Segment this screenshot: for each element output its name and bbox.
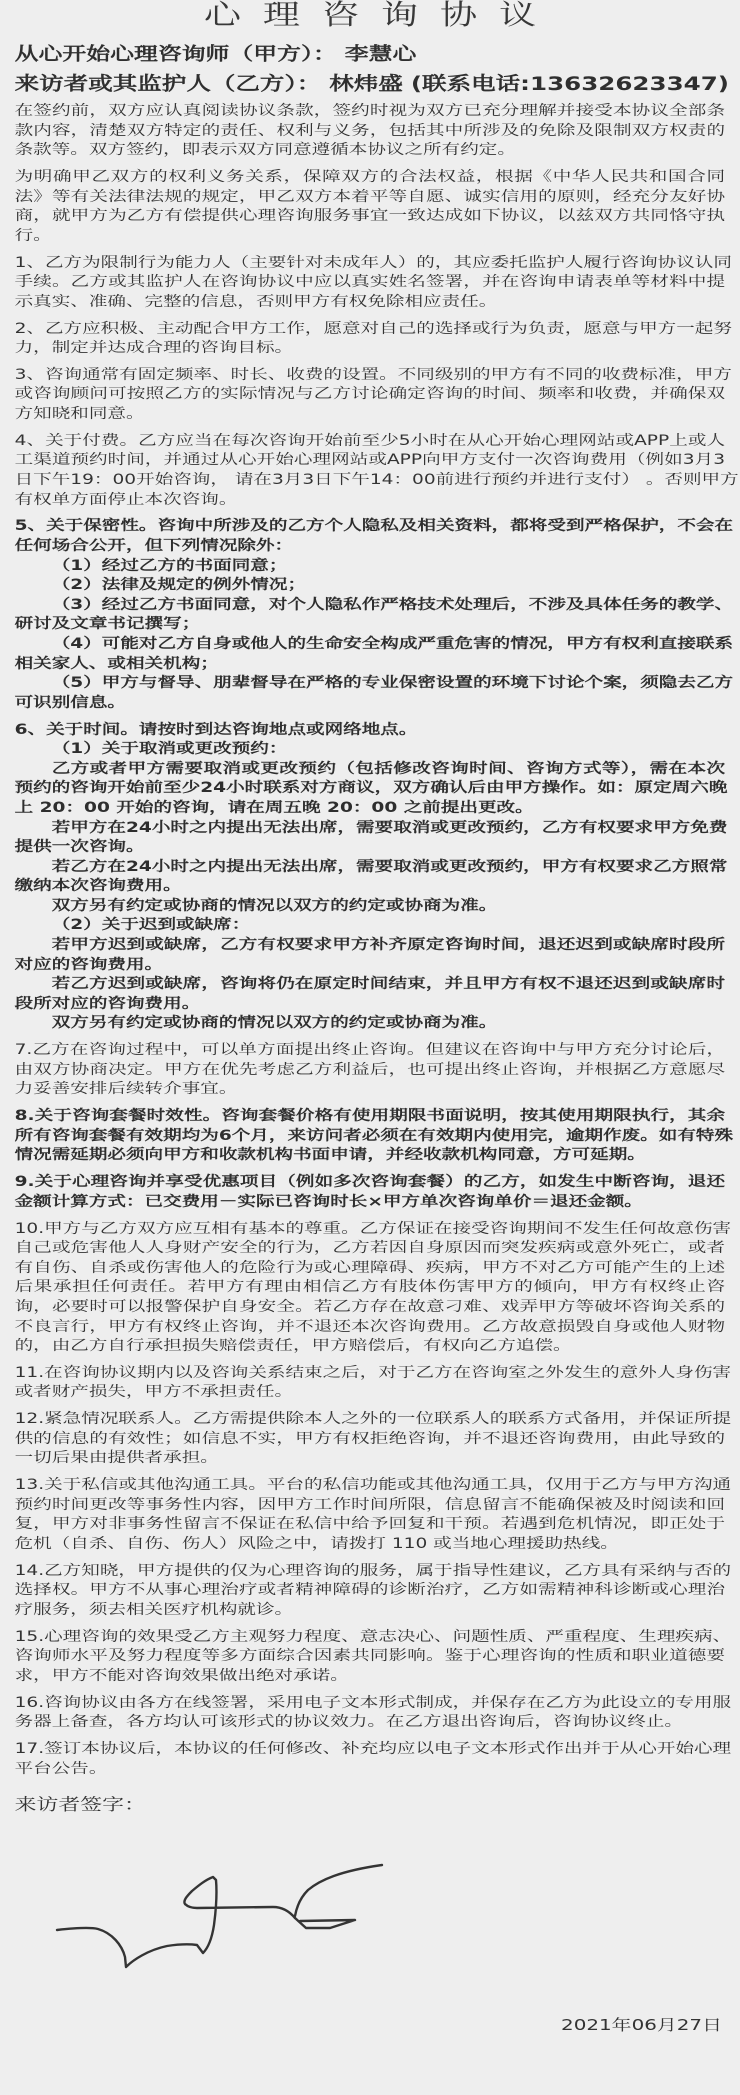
text-line: 法》等有关法律法规的规定，甲乙双方本着平等自愿、诚实信用的原则，经充分友好协 (15, 188, 725, 208)
text-line: 17.签订本协议后，本协议的任何修改、补充均应以电子文本形式作出并于从心开始心理 (15, 1740, 725, 1760)
text-line: 后果承担任何责任。若甲方有理由相信乙方有肢体伤害甲方的倾向，甲方有权终止咨 (15, 1278, 725, 1298)
clause-11: 11.在咨询协议期内以及咨询关系结束之后，对于乙方在咨询室之外发生的意外人身伤害… (15, 1364, 725, 1403)
text-line: 日下午19：00开始咨询， 请在3月3日下午14：00前进行预约并进行支付） 。… (15, 471, 725, 491)
text-line: 不良言行，甲方有权终止咨询，并不退还本次咨询费用。乙方故意损毁自身或他人财物 (15, 1318, 725, 1338)
clause-6-paragraph: 双方另有约定或协商的情况以双方的约定或协商为准。 (15, 897, 725, 917)
clause-6-paragraph: 若乙方在24小时之内提出无法出席，需要取消或更改预约，甲方有权要求乙方照常 缴纳… (15, 858, 725, 897)
text-line: 12.紧急情况联系人。乙方需提供除本人之外的一位联系人的联系方式备用，并保证所提 (15, 1410, 725, 1430)
party-b-line: 来访者或其监护人（乙方）：林炜盛(联系电话:13632623347) (0, 72, 740, 98)
clause-6-section: （2）关于迟到或缺席： 若甲方迟到或缺席，乙方有权要求甲方补齐原定咨询时间，退还… (15, 916, 725, 1034)
text-line: 有自伤、自杀或伤害他人的危险行为或心理障碍、疾病，甲方不对乙方可能产生的上述 (15, 1259, 725, 1279)
text-line: 若乙方迟到或缺席，咨询将仍在原定时间结束，并且甲方有权不退还迟到或缺席时 (15, 975, 725, 995)
text-line: 自己或危害他人人身财产安全的行为，乙方若因自身原因而突发疾病或意外死亡，或者 (15, 1239, 725, 1259)
clause-4: 4、关于付费。乙方应当在每次咨询开始前至少5小时在从心开始心理网站或APP上或人… (15, 432, 725, 510)
clause-6-paragraph: 若甲方迟到或缺席，乙方有权要求甲方补齐原定咨询时间，退还迟到或缺席时段所 对应的… (15, 936, 725, 975)
text-line: 方知晓和同意。 (15, 405, 725, 425)
text-line: 手续。乙方或其监护人在咨询协议中应以真实姓名签署，并在咨询申请表单等材料中提 (15, 273, 725, 293)
text-line: 乙方或者甲方需要取消或更改预约（包括修改咨询时间、咨询方式等），需在本次 (15, 760, 725, 780)
text-line: 对应的咨询费用。 (15, 956, 725, 976)
clause-5-item: （2）法律及规定的例外情况； (15, 576, 725, 596)
text-line: 选择权。甲方不从事心理治疗或者精神障碍的诊断治疗，乙方如需精神科诊断或心理治 (15, 1581, 725, 1601)
text-line: 11.在咨询协议期内以及咨询关系结束之后，对于乙方在咨询室之外发生的意外人身伤害 (15, 1364, 725, 1384)
clause-12: 12.紧急情况联系人。乙方需提供除本人之外的一位联系人的联系方式备用，并保证所提… (15, 1410, 725, 1469)
clause-16: 16.咨询协议由各方在线签署，采用电子文本形式制成，并保存在乙方为此设立的专用服… (15, 1694, 725, 1733)
text-line: 情况需延期必须向甲方和收款机构书面申请，并经收款机构同意，方可延期。 (15, 1146, 725, 1166)
agreement-document: 心理咨询协议 从心开始心理咨询师（甲方）：李慧心 来访者或其监护人（乙方）：林炜… (0, 0, 740, 2095)
text-line: 或者财产损失，甲方不承担责任。 (15, 1383, 725, 1403)
text-line: （3）经过乙方书面同意，对个人隐私作严格技术处理后，不涉及具体任务的教学、 (15, 596, 725, 616)
text-line: 缴纳本次咨询费用。 (15, 877, 725, 897)
text-line: 示真实、准确、完整的信息，否则甲方有权免除相应责任。 (15, 293, 725, 313)
text-line: 若乙方在24小时之内提出无法出席，需要取消或更改预约，甲方有权要求乙方照常 (15, 858, 725, 878)
text-line: 提供一次咨询。 (15, 838, 725, 858)
text-line: 由双方协商决定。甲方在优先考虑乙方利益后，也可提出终止咨询，并根据乙方意愿尽 (15, 1061, 725, 1081)
preamble-paragraph: 为明确甲乙双方的权利义务关系，保障双方的合法权益，根据《中华人民共和国合同 法》… (15, 168, 725, 246)
text-line: 13.关于私信或其他沟通工具。平台的私信功能或其他沟通工具，仅用于乙方与甲方沟通 (15, 1476, 725, 1496)
text-line: 危机（自杀、自伤、伤人）风险之中，请拨打 110 或当地心理援助热线。 (15, 1535, 725, 1555)
text-line: 一切后果由提供者承担。 (15, 1449, 725, 1469)
text-line: 询，必要时可以报警保护自身安全。若乙方存在故意刁难、戏弄甲方等破坏咨询关系的 (15, 1298, 725, 1318)
text-line: 14.乙方知晓，甲方提供的仅为心理咨询的服务，属于指导性建议，乙方具有采纳与否的 (15, 1562, 725, 1582)
text-line: 预约时间更改等事务性内容，因甲方工作时间所限，信息留言不能确保被及时阅读和回 (15, 1496, 725, 1516)
text-line: 在签约前，双方应认真阅读协议条款，签约时视为双方已充分理解并接受本协议全部条 (15, 102, 725, 122)
document-title: 心理咨询协议 (0, 0, 740, 30)
text-line: 15.心理咨询的效果受乙方主观努力程度、意志决心、问题性质、严重程度、生理疾病、 (15, 1628, 725, 1648)
text-line: 预约的咨询开始前至少24小时联系对方商议，双方确认后由甲方操作。如：原定周六晚 (15, 779, 725, 799)
text-line: 4、关于付费。乙方应当在每次咨询开始前至少5小时在从心开始心理网站或APP上或人 (15, 432, 725, 452)
text-line: 求，甲方不能对咨询效果做出绝对承诺。 (15, 1667, 725, 1687)
text-line: （4）可能对乙方自身或他人的生命安全构成严重危害的情况，甲方有权利直接联系 (15, 635, 725, 655)
text-line: （5）甲方与督导、朋辈督导在严格的专业保密设置的环境下讨论个案，须隐去乙方 (15, 674, 725, 694)
clause-14: 14.乙方知晓，甲方提供的仅为心理咨询的服务，属于指导性建议，乙方具有采纳与否的… (15, 1562, 725, 1621)
party-b-label: 来访者或其监护人（乙方）： (15, 74, 322, 95)
text-line: 上 20：00 开始的咨询，请在周五晚 20：00 之前提出更改。 (15, 799, 725, 819)
text-line: 若甲方在24小时之内提出无法出席，需要取消或更改预约，乙方有权要求甲方免费 (15, 819, 725, 839)
text-line: 条款等。双方签约，即表示双方同意遵循本协议之所有约定。 (15, 141, 725, 161)
text-line: 力，制定并达成合理的咨询目标。 (15, 339, 725, 359)
preamble-paragraph: 在签约前，双方应认真阅读协议条款，签约时视为双方已充分理解并接受本协议全部条 款… (15, 102, 725, 161)
text-line: 2、乙方应积极、主动配合甲方工作，愿意对自己的选择或行为负责，愿意与甲方一起努 (15, 320, 725, 340)
text-line: 6、关于时间。请按时到达咨询地点或网络地点。 (15, 721, 725, 741)
clause-6: 6、关于时间。请按时到达咨询地点或网络地点。 （1）关于取消或更改预约： 乙方或… (15, 721, 725, 1035)
text-line: 金额计算方式：已交费用－实际已咨询时长×甲方单次咨询单价＝退还金额。 (15, 1193, 725, 1213)
clause-2: 2、乙方应积极、主动配合甲方工作，愿意对自己的选择或行为负责，愿意与甲方一起努 … (15, 320, 725, 359)
clause-17: 17.签订本协议后，本协议的任何修改、补充均应以电子文本形式作出并于从心开始心理… (15, 1740, 725, 1779)
party-a-label: 从心开始心理咨询师（甲方）： (15, 44, 337, 65)
text-line: （1）经过乙方的书面同意； (15, 557, 725, 577)
text-line: 10.甲方与乙方双方应互相有基本的尊重。乙方保证在接受咨询期间不发生任何故意伤害 (15, 1220, 725, 1240)
text-line: 疗服务，须去相关医疗机构就诊。 (15, 1601, 725, 1621)
text-line: 相关家人、或相关机构； (15, 655, 725, 675)
text-line: 所有咨询套餐有效期均为6个月，来访问者必须在有效期内使用完，逾期作废。如有特殊 (15, 1127, 725, 1147)
text-line: 平台公告。 (15, 1760, 725, 1780)
party-a-name: 李慧心 (345, 44, 417, 65)
text-line: 若甲方迟到或缺席，乙方有权要求甲方补齐原定咨询时间，退还迟到或缺席时段所 (15, 936, 725, 956)
text-line: 力妥善安排后续转介事宜。 (15, 1080, 725, 1100)
clause-6-section: （1）关于取消或更改预约： 乙方或者甲方需要取消或更改预约（包括修改咨询时间、咨… (15, 740, 725, 916)
text-line: 有权单方面停止本次咨询。 (15, 491, 725, 511)
clause-5-item: （5）甲方与督导、朋辈督导在严格的专业保密设置的环境下讨论个案，须隐去乙方 可识… (15, 674, 725, 713)
clause-5: 5、关于保密性。咨询中所涉及的乙方个人隐私及相关资料，都将受到严格保护，不会在 … (15, 517, 725, 713)
text-line: 工渠道预约时间，并通过从心开始心理网站或APP向甲方支付一次咨询费用（例如3月3 (15, 451, 725, 471)
text-line: 1、乙方为限制行为能力人（主要针对未成年人）的，其应委托监护人履行咨询协议认同 (15, 254, 725, 274)
clause-9: 9.关于心理咨询并享受优惠项目（例如多次咨询套餐）的乙方，如发生中断咨询，退还 … (15, 1173, 725, 1212)
clause-6-paragraph: 乙方或者甲方需要取消或更改预约（包括修改咨询时间、咨询方式等），需在本次 预约的… (15, 760, 725, 819)
text-line: 款内容，清楚双方特定的责任、权利与义务，包括其中所涉及的免除及限制双方权责的 (15, 122, 725, 142)
text-line: 行。 (15, 227, 725, 247)
party-a-line: 从心开始心理咨询师（甲方）：李慧心 (0, 42, 740, 68)
section-heading: （1）关于取消或更改预约： (15, 740, 725, 760)
text-line: 或咨询顾问可按照乙方的实际情况与乙方讨论确定咨询的时间、频率和收费，并确保双 (15, 385, 725, 405)
handwritten-signature (40, 1850, 400, 1980)
clause-7: 7.乙方在咨询过程中，可以单方面提出终止咨询。但建议在咨询中与甲方充分讨论后， … (15, 1041, 725, 1100)
text-line: 8.关于咨询套餐时效性。咨询套餐价格有使用期限书面说明，按其使用期限执行，其余 (15, 1107, 725, 1127)
text-line: 咨询师水平及努力程度等多方面综合因素共同影响。鉴于心理咨询的性质和职业道德要 (15, 1647, 725, 1667)
party-b-contact: (联系电话:13632623347) (411, 74, 729, 95)
text-line: 复，甲方对非事务性留言不保证在私信中给予回复和干预。若遇到危机情况，即正处于 (15, 1515, 725, 1535)
clause-13: 13.关于私信或其他沟通工具。平台的私信功能或其他沟通工具，仅用于乙方与甲方沟通… (15, 1476, 725, 1554)
clause-5-item: （4）可能对乙方自身或他人的生命安全构成严重危害的情况，甲方有权利直接联系 相关… (15, 635, 725, 674)
agreement-body: 在签约前，双方应认真阅读协议条款，签约时视为双方已充分理解并接受本协议全部条 款… (0, 102, 740, 1779)
clause-5-item: （3）经过乙方书面同意，对个人隐私作严格技术处理后，不涉及具体任务的教学、 研讨… (15, 596, 725, 635)
text-line: 双方另有约定或协商的情况以双方的约定或协商为准。 (15, 897, 725, 917)
text-line: 段所对应的咨询费用。 (15, 995, 725, 1015)
clause-8: 8.关于咨询套餐时效性。咨询套餐价格有使用期限书面说明，按其使用期限执行，其余 … (15, 1107, 725, 1166)
text-line: 供的信息的有效性；如信息不实，甲方有权拒绝咨询，并不退还咨询费用，由此导致的 (15, 1430, 725, 1450)
clause-5-item: （1）经过乙方的书面同意； (15, 557, 725, 577)
text-line: 7.乙方在咨询过程中，可以单方面提出终止咨询。但建议在咨询中与甲方充分讨论后， (15, 1041, 725, 1061)
text-line: 务器上备查，各方均认可该形式的协议效力。在乙方退出咨询后，咨询协议终止。 (15, 1713, 725, 1733)
signing-date: 2021年06月27日 (561, 2015, 722, 2035)
text-line: 3、咨询通常有固定频率、时长、收费的设置。不同级别的甲方有不同的收费标准，甲方 (15, 366, 725, 386)
signature-label: 来访者签字： (15, 1791, 146, 1819)
text-line: 的，由乙方自行承担损失赔偿责任，甲方赔偿后，有权向乙方追偿。 (15, 1337, 725, 1357)
text-line: 为明确甲乙双方的权利义务关系，保障双方的合法权益，根据《中华人民共和国合同 (15, 168, 725, 188)
text-line: 研讨及文章书记撰写； (15, 615, 725, 635)
text-line: 双方另有约定或协商的情况以双方的约定或协商为准。 (15, 1014, 725, 1034)
text-line: 9.关于心理咨询并享受优惠项目（例如多次咨询套餐）的乙方，如发生中断咨询，退还 (15, 1173, 725, 1193)
text-line: 5、关于保密性。咨询中所涉及的乙方个人隐私及相关资料，都将受到严格保护，不会在 (15, 517, 725, 537)
text-line: 任何场合公开，但下列情况除外： (15, 537, 725, 557)
text-line: 16.咨询协议由各方在线签署，采用电子文本形式制成，并保存在乙方为此设立的专用服 (15, 1694, 725, 1714)
clause-6-paragraph: 若乙方迟到或缺席，咨询将仍在原定时间结束，并且甲方有权不退还迟到或缺席时 段所对… (15, 975, 725, 1014)
clause-10: 10.甲方与乙方双方应互相有基本的尊重。乙方保证在接受咨询期间不发生任何故意伤害… (15, 1220, 725, 1357)
clause-6-paragraph: 双方另有约定或协商的情况以双方的约定或协商为准。 (15, 1014, 725, 1034)
clause-6-paragraph: 若甲方在24小时之内提出无法出席，需要取消或更改预约，乙方有权要求甲方免费 提供… (15, 819, 725, 858)
clause-15: 15.心理咨询的效果受乙方主观努力程度、意志决心、问题性质、严重程度、生理疾病、… (15, 1628, 725, 1687)
party-b-name: 林炜盛 (329, 74, 403, 95)
clause-3: 3、咨询通常有固定频率、时长、收费的设置。不同级别的甲方有不同的收费标准，甲方 … (15, 366, 725, 425)
section-heading: （2）关于迟到或缺席： (15, 916, 725, 936)
text-line: （2）法律及规定的例外情况； (15, 576, 725, 596)
text-line: 可识别信息。 (15, 694, 725, 714)
clause-1: 1、乙方为限制行为能力人（主要针对未成年人）的，其应委托监护人履行咨询协议认同 … (15, 254, 725, 313)
text-line: 商，就甲方为乙方有偿提供心理咨询服务事宜一致达成如下协议，以兹双方共同恪守执 (15, 207, 725, 227)
